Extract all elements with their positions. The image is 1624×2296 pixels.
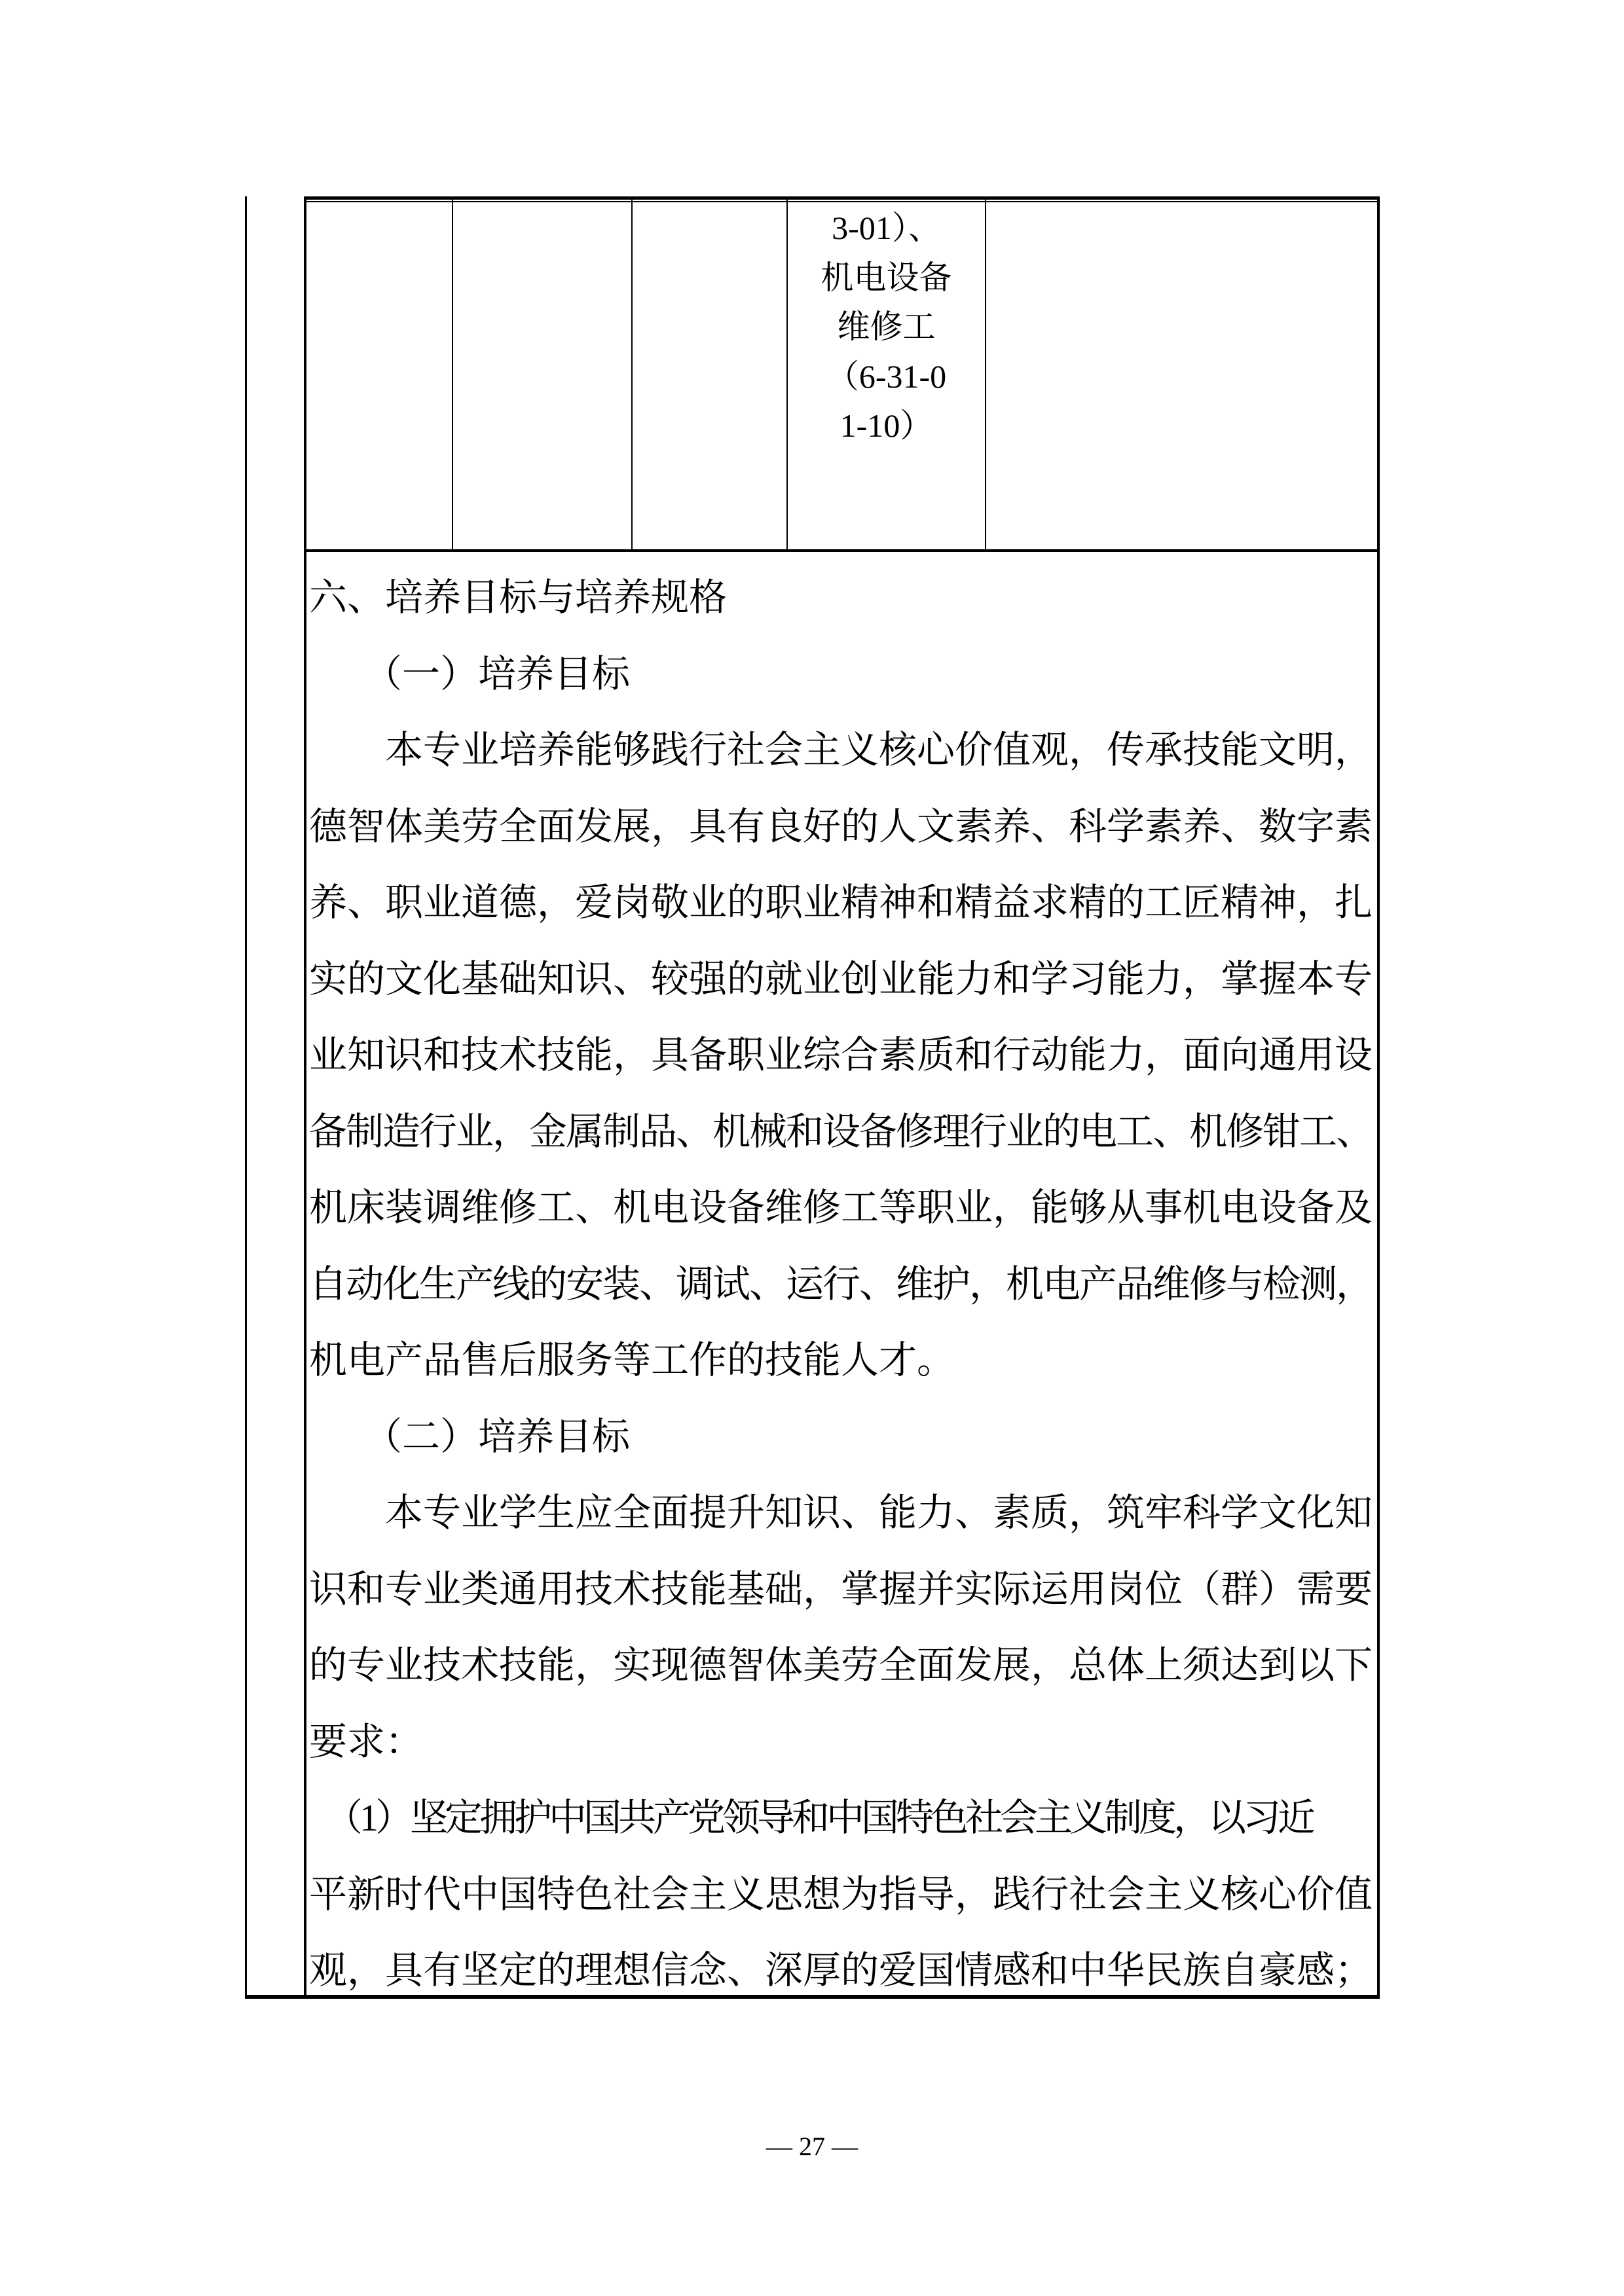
continued-table: 3-01）、机电设备维修工（6-31-01-10） [304, 196, 1380, 552]
text-line: 识和专业类通用技术技能基础，掌握并实际运用岗位（群）需要 [309, 1552, 1377, 1628]
document-page: 3-01）、机电设备维修工（6-31-01-10） 六、培养目标与培养规格（一）… [0, 0, 1624, 2296]
text-line: （1）坚定拥护中国共产党领导和中国特色社会主义制度，以习近 [309, 1780, 1377, 1857]
table-cell-line: 机电设备 [788, 253, 985, 303]
table-cell-5 [986, 200, 1377, 549]
table-cell-line: 维修工 [788, 302, 985, 352]
table-cell-1 [306, 200, 453, 549]
table-cell-line: （6-31-0 [788, 352, 985, 402]
table-cell-line: 1-10） [788, 401, 985, 451]
text-line: 要求： [309, 1704, 1377, 1781]
page-number: — 27 — [0, 2129, 1624, 2164]
table-cell-4: 3-01）、机电设备维修工（6-31-01-10） [788, 200, 986, 549]
text-line: 德智体美劳全面发展，具有良好的人文素养、科学素养、数字素 [309, 789, 1377, 866]
text-line: 六、培养目标与培养规格 [309, 560, 1377, 636]
bottom-border-rule [245, 1995, 1380, 1999]
table-cell-line: 3-01）、 [788, 204, 985, 253]
text-line: 自动化生产线的安装、调试、运行、维护，机电产品维修与检测， [309, 1247, 1377, 1323]
text-line: 本专业培养能够践行社会主义核心价值观，传承技能文明， [309, 712, 1377, 789]
text-line: 机电产品售后服务等工作的技能人才。 [309, 1322, 1377, 1399]
left-margin-rule [245, 196, 247, 1999]
section-text-box: 六、培养目标与培养规格（一）培养目标本专业培养能够践行社会主义核心价值观，传承技… [304, 552, 1380, 1995]
text-line: 养、职业道德，爱岗敬业的职业精神和精益求精的工匠精神，扎 [309, 865, 1377, 941]
text-line: （二）培养目标 [309, 1399, 1377, 1476]
text-line: 的专业技术技能，实现德智体美劳全面发展，总体上须达到以下 [309, 1628, 1377, 1704]
text-line: 本专业学生应全面提升知识、能力、素质，筑牢科学文化知 [309, 1475, 1377, 1552]
text-line: 备制造行业，金属制品、机械和设备修理行业的电工、机修钳工、 [309, 1094, 1377, 1171]
table-cell-2 [453, 200, 633, 549]
table-cell-3 [633, 200, 788, 549]
text-line: 实的文化基础知识、较强的就业创业能力和学习能力，掌握本专 [309, 941, 1377, 1018]
text-line: 机床装调维修工、机电设备维修工等职业，能够从事机电设备及 [309, 1170, 1377, 1247]
text-line: 平新时代中国特色社会主义思想为指导，践行社会主义核心价值 [309, 1857, 1377, 1933]
text-line: （一）培养目标 [309, 636, 1377, 713]
text-line: 业知识和技术技能，具备职业综合素质和行动能力，面向通用设 [309, 1017, 1377, 1094]
